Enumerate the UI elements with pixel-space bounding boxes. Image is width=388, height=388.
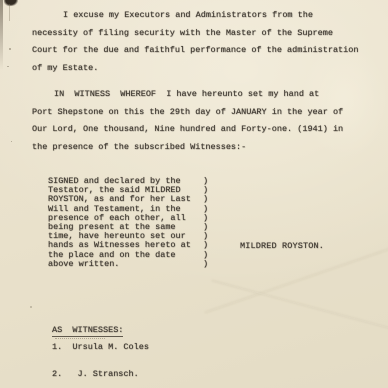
paragraph-line: the presence of the subscribed Witnesses… (32, 139, 343, 157)
paragraph-witness-whereof: IN WITNESS WHEREOF I have hereunto set m… (32, 86, 343, 156)
page-edge-shadow (0, 0, 3, 70)
paragraph-line: I excuse my Executors and Administrators… (32, 7, 358, 25)
paragraph-executors: I excuse my Executors and Administrators… (32, 7, 358, 77)
paragraph-line: necessity of filing security with the Ma… (32, 25, 358, 43)
corner-crease (9, 4, 10, 21)
scanned-will-page: I excuse my Executors and Administrators… (0, 0, 388, 388)
bracket-glyph: ) (203, 260, 208, 269)
attestation-bracket-column: ) ) ) ) ) ) ) ) ) ) (203, 177, 208, 269)
paper-crease (212, 280, 388, 342)
paragraph-line: IN WITNESS WHEREOF I have hereunto set m… (32, 86, 343, 104)
paragraph-line: Port Shepstone on this the 29th day of J… (32, 104, 343, 122)
witness-item: 2. J. Stransch. (52, 369, 139, 379)
witnesses-heading: AS WITNESSES: (52, 325, 123, 337)
testator-signature: MILDRED ROYSTON. (240, 241, 324, 251)
page-edge-mark (4, 0, 19, 7)
paper-speck (7, 66, 9, 67)
paper-speck (11, 141, 12, 142)
paper-speck (30, 306, 32, 308)
paragraph-line: Our Lord, One thousand, Nine hundred and… (32, 121, 343, 139)
paragraph-line: Court for the due and faithful performan… (32, 42, 358, 60)
attestation-clause: SIGNED and declared by the Testator, the… (48, 177, 191, 269)
witness-item: 1. Ursula M. Coles (52, 342, 149, 352)
paragraph-line: of my Estate. (32, 60, 358, 78)
attestation-line: above written. (48, 260, 191, 269)
dotted-artifact (55, 338, 105, 339)
paper-speck (9, 48, 11, 50)
